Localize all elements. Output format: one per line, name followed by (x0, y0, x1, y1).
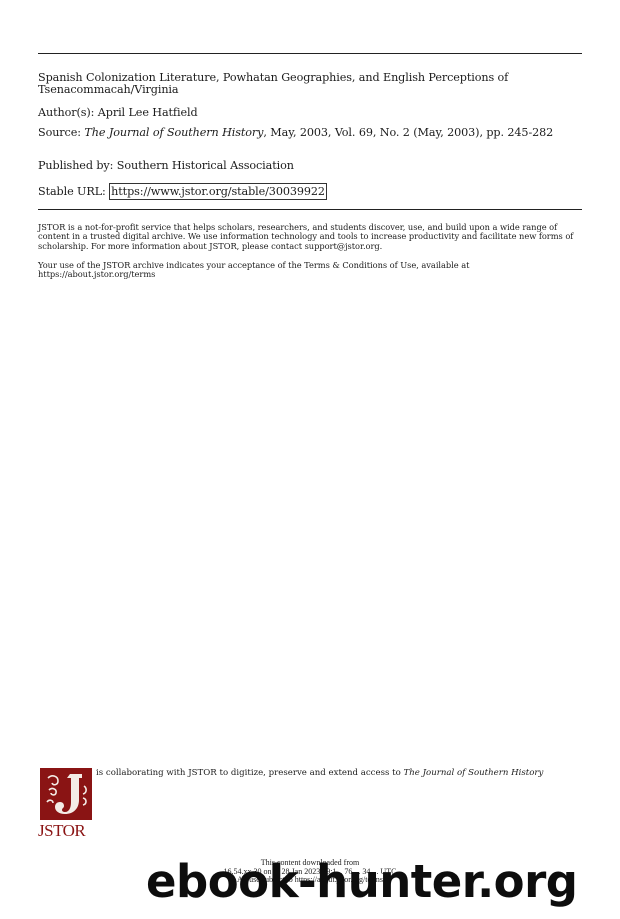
source-details: , May, 2003, Vol. 69, No. 2 (May, 2003),… (263, 126, 553, 139)
stable-url-link[interactable]: https://www.jstor.org/stable/30039922 (109, 183, 327, 200)
middle-divider (38, 209, 582, 210)
collaboration-journal: The Journal of Southern History (404, 768, 544, 778)
jstor-mission-text: JSTOR is a not-for-profit service that h… (38, 223, 584, 251)
stable-url-label: Stable URL: (38, 185, 106, 198)
source-line: Source: The Journal of Southern History,… (38, 127, 586, 139)
collaboration-text: is collaborating with JSTOR to digitize,… (96, 769, 556, 778)
authors-value: April Lee Hatfield (98, 106, 198, 119)
source-label: Source: (38, 126, 81, 139)
watermark-text: ebook-hunter.org (146, 858, 578, 906)
source-journal: The Journal of Southern History (84, 126, 263, 139)
jstor-j-ornament-icon (40, 768, 92, 820)
top-divider (38, 53, 582, 54)
authors-line: Author(s): April Lee Hatfield (38, 107, 586, 119)
collaboration-body: is collaborating with JSTOR to digitize,… (96, 768, 404, 778)
stable-url-line: Stable URL: https://www.jstor.org/stable… (38, 183, 586, 200)
article-title: Spanish Colonization Literature, Powhata… (38, 72, 586, 96)
authors-label: Author(s): (38, 106, 94, 119)
publisher-line: Published by: Southern Historical Associ… (38, 160, 586, 172)
publisher-label: Published by: (38, 159, 113, 172)
terms-text: Your use of the JSTOR archive indicates … (38, 261, 584, 280)
jstor-cover-page: Spanish Colonization Literature, Powhata… (0, 0, 620, 919)
jstor-logo (40, 768, 92, 820)
jstor-wordmark: JSTOR (38, 821, 85, 841)
publisher-value: Southern Historical Association (117, 159, 294, 172)
